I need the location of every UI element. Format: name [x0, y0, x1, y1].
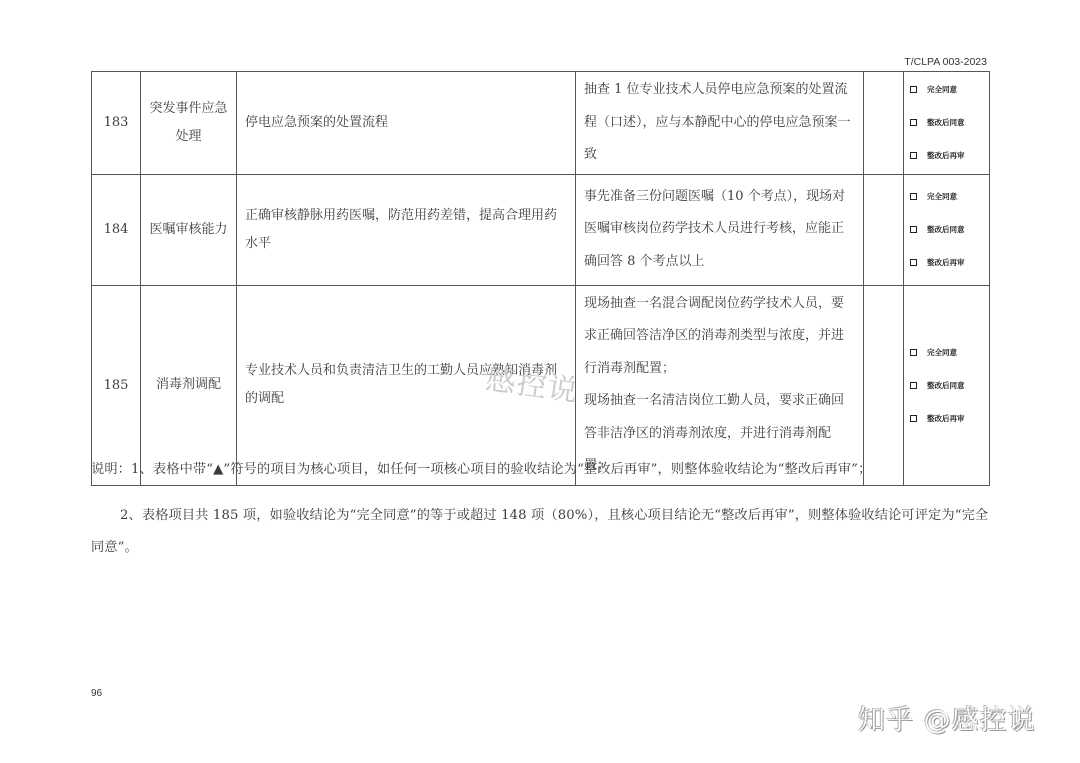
item-method: 抽查 1 位专业技术人员停电应急预案的处置流程（口述），应与本静配中心的停电应急…	[576, 72, 864, 175]
watermark-corner: 知乎 @感控说	[858, 698, 1036, 737]
checkbox-icon[interactable]	[910, 259, 917, 266]
option-agree-after-rectification[interactable]: 整改后同意	[910, 106, 989, 139]
checkbox-icon[interactable]	[910, 226, 917, 233]
item-number: 183	[92, 72, 141, 175]
checkbox-icon[interactable]	[910, 415, 917, 422]
table-row: 184 医嘱审核能力 正确审核静脉用药医嘱，防范用药差错，提高合理用药水平 事先…	[92, 174, 990, 285]
item-remarks-cell	[864, 174, 904, 285]
checkbox-icon[interactable]	[910, 86, 917, 93]
option-fully-agree[interactable]: 完全同意	[910, 180, 989, 213]
document-code: T/CLPA 003-2023	[904, 56, 987, 68]
option-agree-after-rectification[interactable]: 整改后同意	[910, 369, 989, 402]
checkbox-icon[interactable]	[910, 119, 917, 126]
option-review-after-rectification[interactable]: 整改后再审	[910, 246, 989, 279]
option-review-after-rectification[interactable]: 整改后再审	[910, 402, 989, 435]
table-row: 183 突发事件应急处理 停电应急预案的处置流程 抽查 1 位专业技术人员停电应…	[92, 72, 990, 175]
page-number: 96	[91, 688, 102, 699]
item-number: 184	[92, 174, 141, 285]
note-2: 2、表格项目共 185 项，如验收结论为“完全同意”的等于或超过 148 项（8…	[91, 500, 996, 564]
checkbox-icon[interactable]	[910, 382, 917, 389]
item-conclusion-options: 完全同意 整改后同意 整改后再审	[904, 174, 990, 285]
option-fully-agree[interactable]: 完全同意	[910, 73, 989, 106]
checkbox-icon[interactable]	[910, 349, 917, 356]
option-fully-agree[interactable]: 完全同意	[910, 336, 989, 369]
item-method-part-1: 现场抽查一名混合调配岗位药学技术人员，要求正确回答洁净区的消毒剂类型与浓度，并进…	[584, 288, 855, 386]
checkbox-icon[interactable]	[910, 193, 917, 200]
item-remarks-cell	[864, 72, 904, 175]
item-conclusion-options: 完全同意 整改后同意 整改后再审	[904, 72, 990, 175]
item-method: 事先准备三份问题医嘱（10 个考点），现场对医嘱审核岗位药学技术人员进行考核，应…	[576, 174, 864, 285]
item-requirement: 停电应急预案的处置流程	[237, 72, 576, 175]
option-review-after-rectification[interactable]: 整改后再审	[910, 139, 989, 172]
option-agree-after-rectification[interactable]: 整改后同意	[910, 213, 989, 246]
note-1: 说明：1、表格中带“▲”符号的项目为核心项目，如任何一项核心项目的验收结论为“整…	[91, 454, 996, 486]
item-category: 突发事件应急处理	[141, 72, 237, 175]
acceptance-table: 183 突发事件应急处理 停电应急预案的处置流程 抽查 1 位专业技术人员停电应…	[91, 71, 990, 486]
item-requirement: 正确审核静脉用药医嘱，防范用药差错，提高合理用药水平	[237, 174, 576, 285]
notes-section: 说明：1、表格中带“▲”符号的项目为核心项目，如任何一项核心项目的验收结论为“整…	[91, 454, 996, 564]
item-category: 医嘱审核能力	[141, 174, 237, 285]
checkbox-icon[interactable]	[910, 152, 917, 159]
